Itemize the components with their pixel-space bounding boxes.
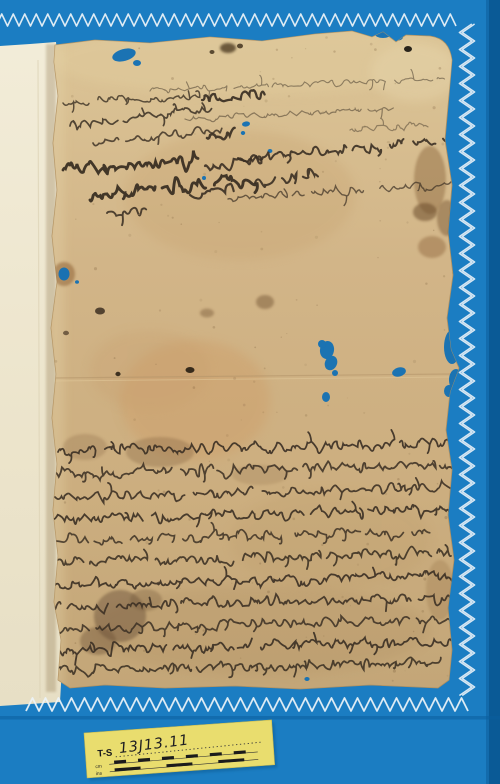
archival-photo: T-S 13J13.11 cm ins bbox=[0, 0, 500, 784]
mount-edge-transition bbox=[486, 0, 489, 784]
ins-unit-label: ins bbox=[96, 771, 103, 777]
pocket-bottom-edge-line bbox=[0, 716, 500, 720]
mount-right-edge-band bbox=[489, 0, 500, 784]
genizah-fragment-photo: T-S 13J13.11 cm ins bbox=[0, 0, 500, 784]
cm-unit-label: cm bbox=[95, 765, 102, 770]
collection-prefix: T-S bbox=[97, 748, 113, 760]
